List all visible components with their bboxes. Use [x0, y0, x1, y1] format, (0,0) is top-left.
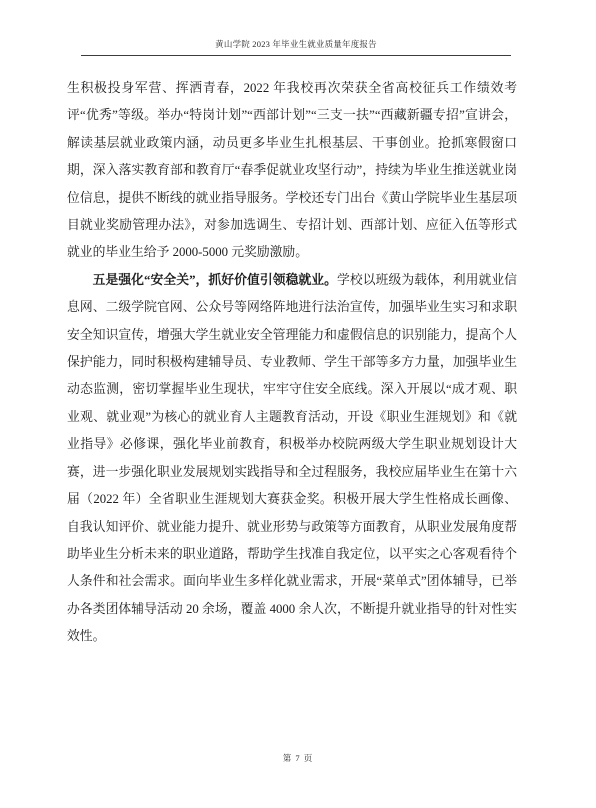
paragraph-body-text: 学校以班级为载体，利用就业信息网、二级学院官网、公众号等网络阵地进行法治宣传，加…: [67, 273, 517, 643]
paragraph-lead-emphasis: 五是强化“安全关”，抓好价值引领稳就业。: [93, 273, 337, 287]
document-page: 黄山学院 2023 年毕业生就业质量年度报告 生积极投身军营、挥洒青春，2022…: [0, 0, 596, 808]
header-title: 黄山学院 2023 年毕业生就业质量年度报告: [215, 39, 377, 49]
document-body: 生积极投身军营、挥洒青春，2022 年我校再次荣获全省高校征兵工作绩效考评“优秀…: [67, 75, 517, 651]
page-footer: 第 7 页: [0, 752, 596, 764]
page-number: 第 7 页: [283, 753, 314, 763]
paragraph-section-five: 五是强化“安全关”，抓好价值引领稳就业。学校以班级为载体，利用就业信息网、二级学…: [67, 267, 517, 651]
paragraph-continuation: 生积极投身军营、挥洒青春，2022 年我校再次荣获全省高校征兵工作绩效考评“优秀…: [67, 75, 517, 267]
page-header: 黄山学院 2023 年毕业生就业质量年度报告: [81, 38, 511, 56]
